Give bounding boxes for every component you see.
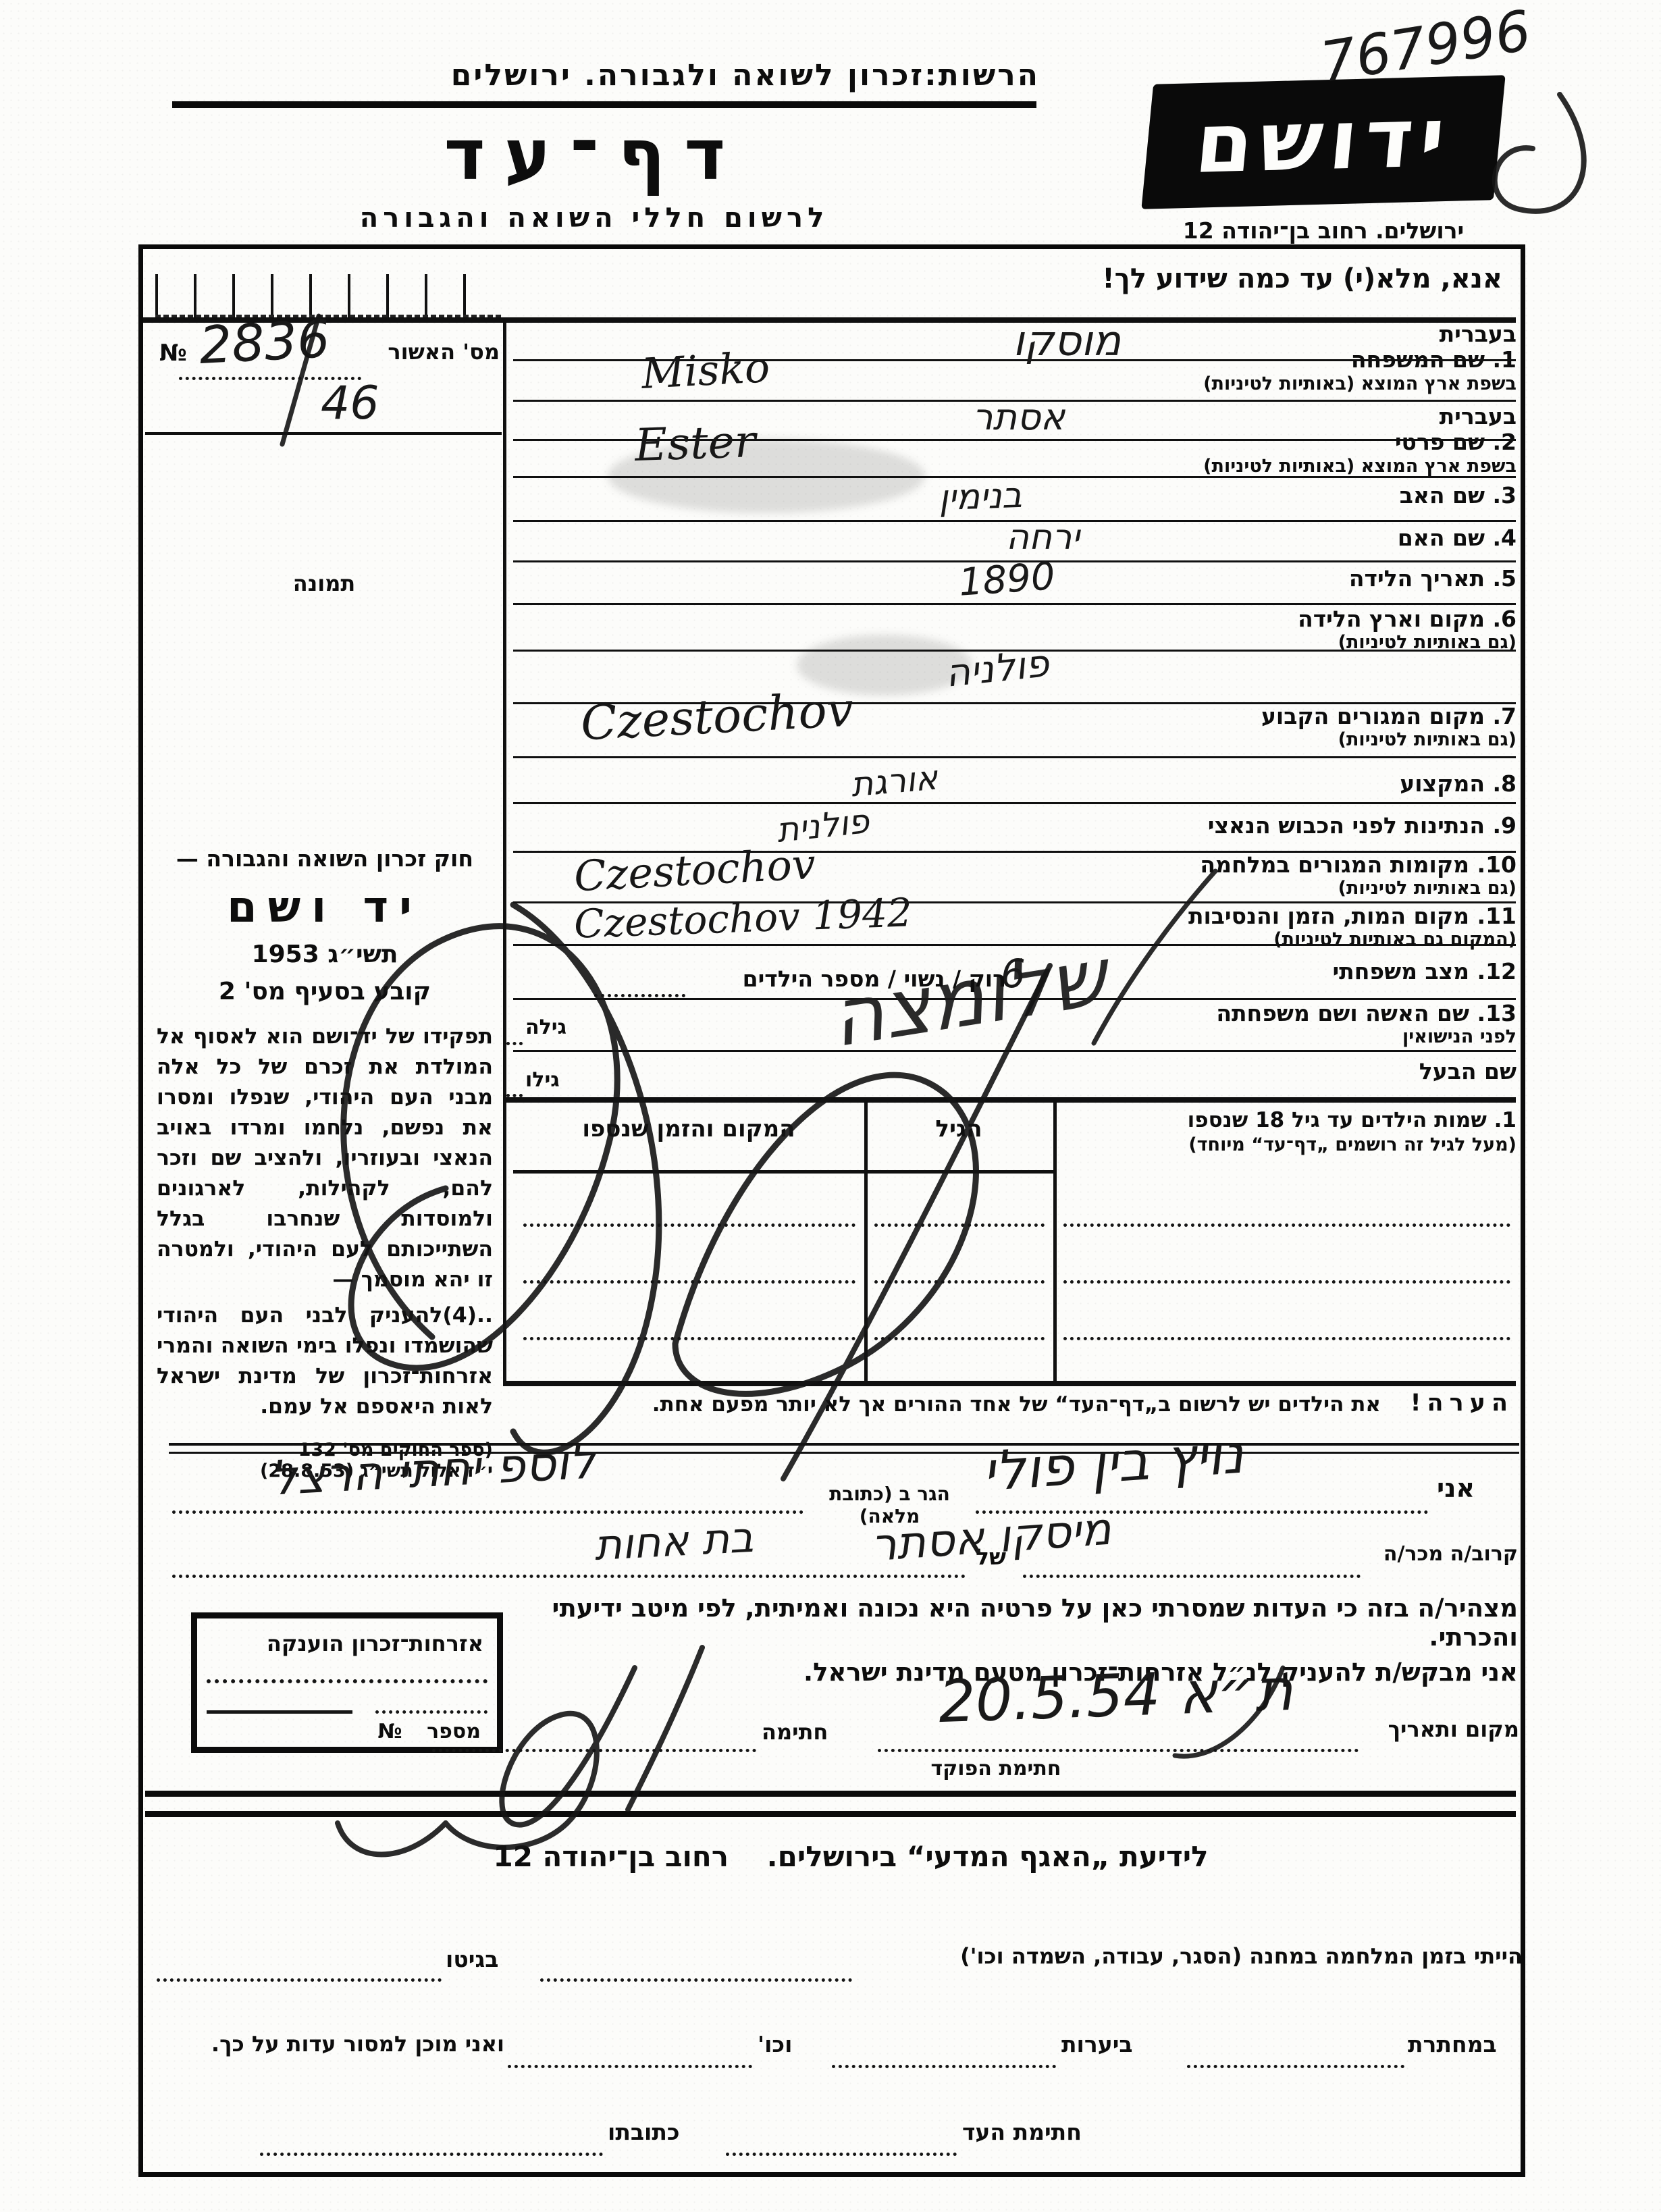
scanned-testimony-page: הרשות:זכרון לשואה ולגבורה. ירושלים דף־עד…: [0, 0, 1661, 2212]
handwritten-scribbles: [0, 0, 1661, 2212]
